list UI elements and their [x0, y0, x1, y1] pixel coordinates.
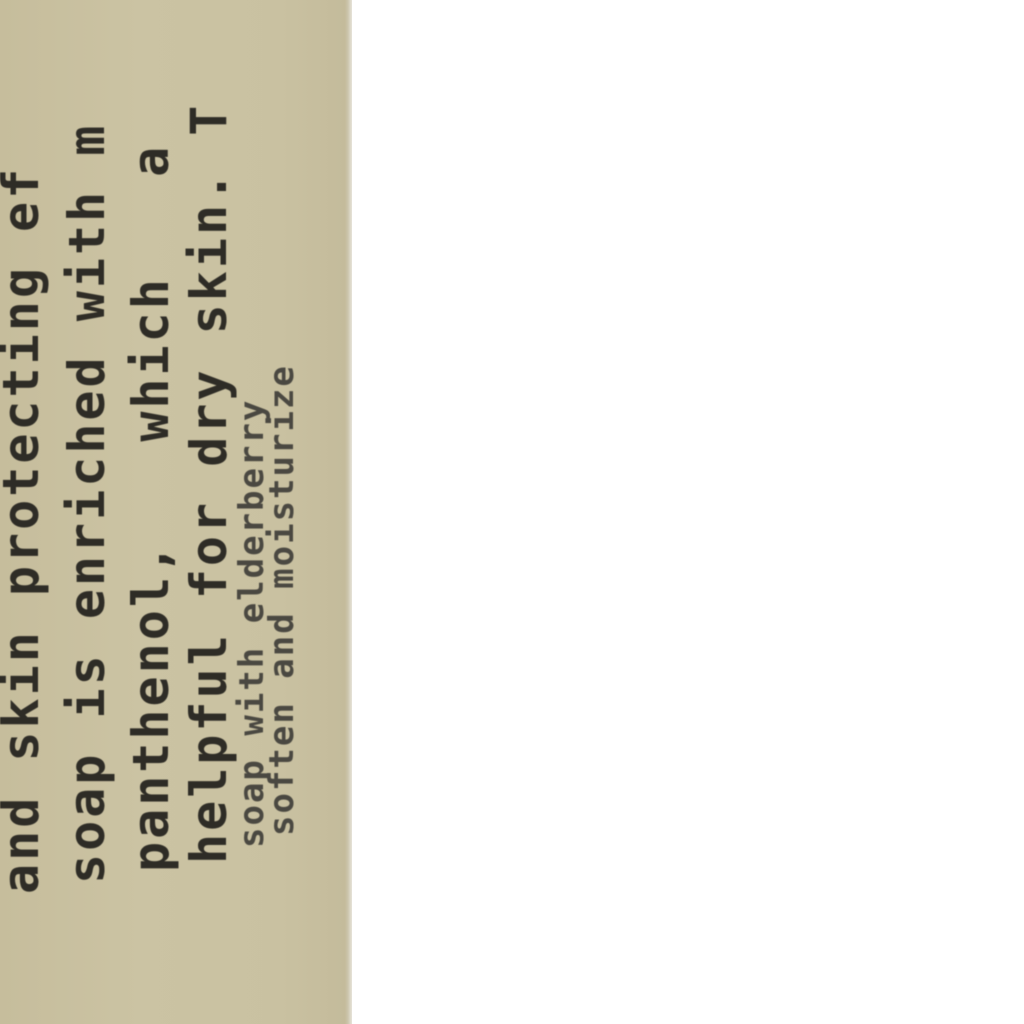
- label-text-block: and skin protecting ef soap is enriched …: [0, 0, 352, 1024]
- photo: and skin protecting ef soap is enriched …: [0, 0, 1024, 1024]
- product-label: and skin protecting ef soap is enriched …: [0, 0, 352, 1024]
- label-line-2: soap is enriched with m: [58, 123, 116, 884]
- label-line-1: and skin protecting ef: [0, 166, 50, 894]
- label-line-3: panthenol, which a: [122, 144, 180, 872]
- label-line-6: soften and moisturize: [262, 364, 302, 836]
- label-line-4: helpful for dry skin. T: [180, 103, 238, 864]
